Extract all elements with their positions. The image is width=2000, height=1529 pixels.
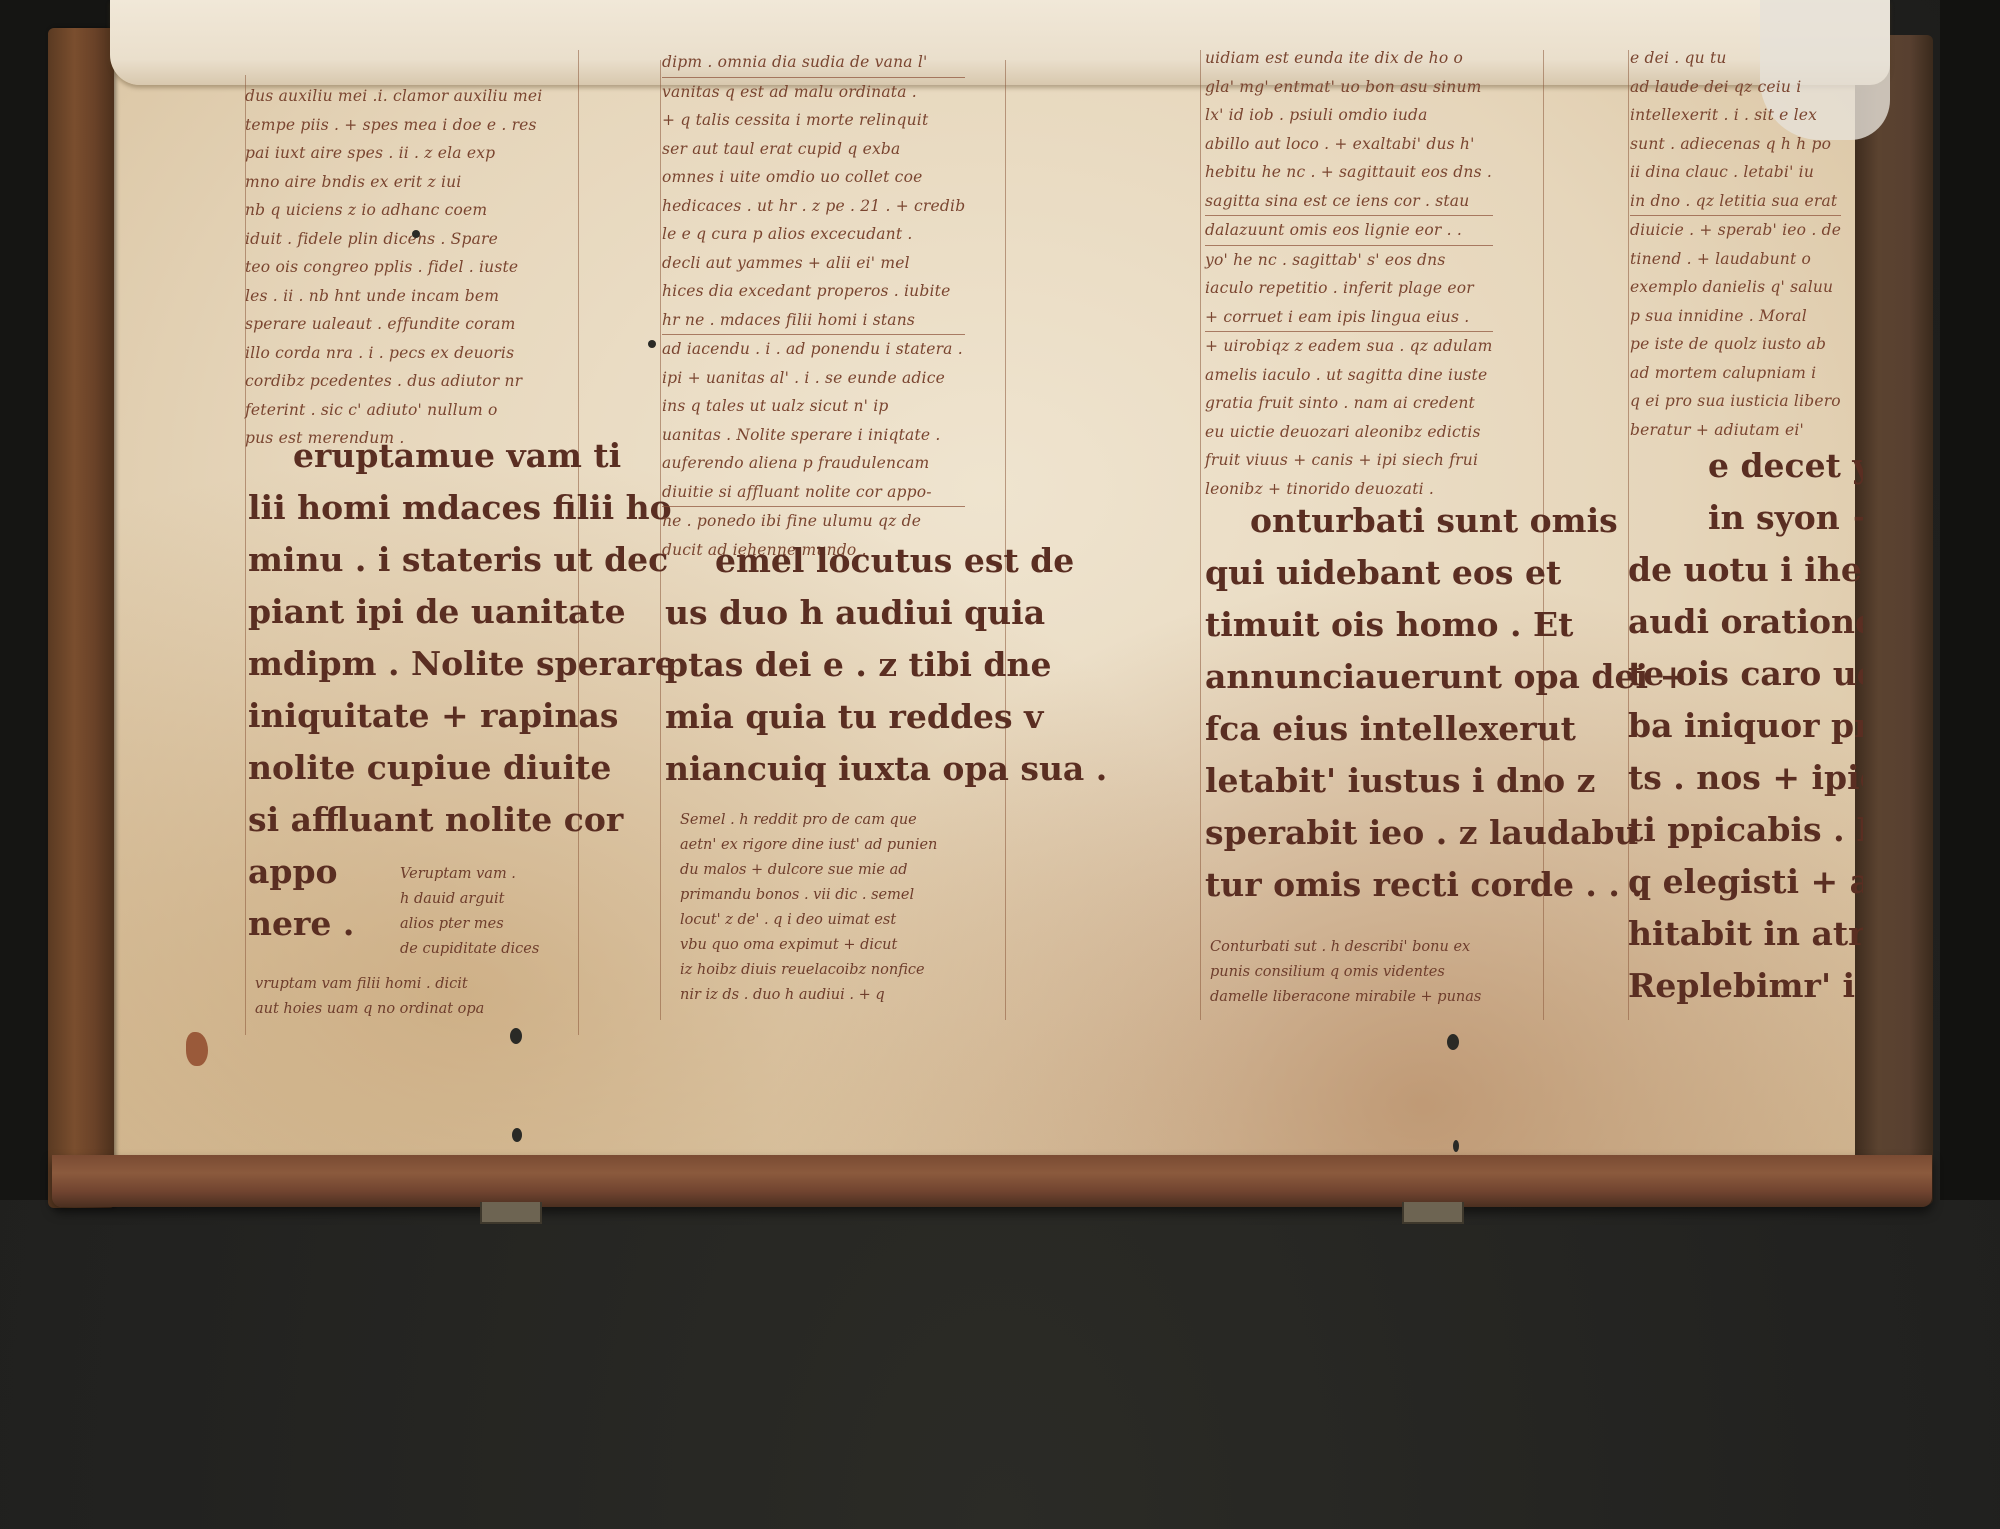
- gloss-line: tinend . + laudabunt o: [1630, 245, 1841, 274]
- column-3-commentary: Conturbati sut . h describi' bonu ex pun…: [1210, 935, 1481, 1010]
- text-line: timuit ois homo . Et: [1205, 599, 1687, 651]
- gloss-line: ii dina clauc . letabi' iu: [1630, 158, 1841, 187]
- gloss-line: les . ii . nb hnt unde incam bem: [245, 282, 542, 311]
- text-line: ts . nos + ipietr: [1628, 752, 1863, 804]
- gloss-line: ne . ponedo ibi fine ulumu qz de: [662, 507, 965, 536]
- gloss-line: teo ois congreo pplis . fidel . iuste: [245, 253, 542, 282]
- footnote-line: de cupiditate dices: [400, 937, 539, 962]
- clasp-left: [480, 1202, 542, 1224]
- gloss-line: q ei pro sua iusticia libero: [1630, 387, 1841, 416]
- right-shadow: [1940, 0, 2000, 1200]
- gloss-line: ser aut taul erat cupid q exba: [662, 135, 965, 164]
- folded-paper-flap: [110, 0, 1890, 85]
- nail-hole: [512, 1128, 522, 1142]
- gloss-line: iduit . fidele plin dicens . Spare: [245, 225, 542, 254]
- gloss-line: vanitas q est ad malu ordinata .: [662, 78, 965, 107]
- text-line: tur omis recti corde . . .: [1205, 859, 1687, 911]
- gloss-line: amelis iaculo . ut sagitta dine iuste: [1205, 361, 1493, 390]
- gloss-line: hedicaces . ut hr . z pe . 21 . + credib: [662, 192, 965, 221]
- text-line: lii homi mdaces filii ho: [248, 482, 676, 534]
- nail-hole: [510, 1028, 522, 1044]
- text-line: annunciauerunt opa dei +: [1205, 651, 1687, 703]
- gloss-line: exemplo danielis q' saluu: [1630, 273, 1841, 302]
- text-line: onturbati sunt omis: [1205, 495, 1687, 547]
- gloss-line: sagitta sina est ce iens cor . stau: [1205, 187, 1493, 217]
- gloss-line: uanitas . Nolite sperare i iniqtate .: [662, 421, 965, 450]
- gloss-line: le e q cura p alios excecudant .: [662, 220, 965, 249]
- gloss-line: mno aire bndis ex erit z iui: [245, 168, 542, 197]
- gloss-line: + corruet i eam ipis lingua eius .: [1205, 303, 1493, 333]
- commentary-line: Semel . h reddit pro de cam que: [680, 808, 937, 833]
- clasp-right: [1402, 1202, 1464, 1224]
- text-line: te ois caro uen: [1628, 648, 1863, 700]
- text-line: piant ipi de uanitate: [248, 586, 676, 638]
- gloss-line: + uirobiqz z eadem sua . qz adulam: [1205, 332, 1493, 361]
- column-3-gloss: uidiam est eunda ite dix de ho o gla' mg…: [1205, 44, 1493, 503]
- gloss-line: auferendo aliena p fraudulencam: [662, 449, 965, 478]
- text-line: ti ppicabis . B: [1628, 804, 1863, 856]
- text-line: niancuiq iuxta opa sua .: [665, 743, 1107, 795]
- gloss-line: dipm . omnia dia sudia de vana l': [662, 48, 965, 78]
- nail-hole: [648, 340, 656, 348]
- text-line: ptas dei e . z tibi dne: [665, 639, 1107, 691]
- text-line: emel locutus est de: [665, 535, 1107, 587]
- gloss-line: gratia fruit sinto . nam ai credent: [1205, 389, 1493, 418]
- gloss-line: gla' mg' entmat' uo bon asu sinum: [1205, 73, 1493, 102]
- gloss-line: tempe piis . + spes mea i doe e . res: [245, 111, 542, 140]
- leather-turn-in-right: [1855, 35, 1933, 1205]
- column-2-commentary: Semel . h reddit pro de cam que aetn' ex…: [680, 808, 937, 1008]
- gloss-line: eu uictie deuozari aleonibz edictis: [1205, 418, 1493, 447]
- text-line: mdipm . Nolite sperare: [248, 638, 676, 690]
- gloss-line: hr ne . mdaces filii homi i stans: [662, 306, 965, 336]
- text-line: audi orationem n: [1628, 596, 1863, 648]
- gloss-line: nb q uiciens z io adhanc coem: [245, 196, 542, 225]
- text-line: letabit' iustus i dno z: [1205, 755, 1687, 807]
- text-line: sperabit ieo . z laudabu: [1205, 807, 1687, 859]
- gloss-line: dalazuunt omis eos lignie eor . .: [1205, 216, 1493, 246]
- gloss-line: feterint . sic c' adiuto' nullum o: [245, 396, 542, 425]
- gloss-line: diuicie . + sperab' ieo . de: [1630, 216, 1841, 245]
- column-4-gloss: e dei . qu tu ad laude dei qz ceiu i int…: [1630, 44, 1841, 444]
- gloss-line: sperare ualeaut . effundite coram: [245, 310, 542, 339]
- gloss-line: + q talis cessita i morte relinquit: [662, 106, 965, 135]
- commentary-line: locut' z de' . q i deo uimat est: [680, 908, 937, 933]
- text-line: in syon +: [1628, 492, 1863, 544]
- text-line: de uotu i iherlm: [1628, 544, 1863, 596]
- commentary-line: iz hoibz diuis reuelacoibz nonfice: [680, 958, 937, 983]
- footnote-line: alios pter mes: [400, 912, 539, 937]
- commentary-line: nir iz ds . duo h audiui . + q: [680, 983, 937, 1008]
- text-line: fca eius intellexerut: [1205, 703, 1687, 755]
- gloss-line: iaculo repetitio . inferit plage eor: [1205, 274, 1493, 303]
- commentary-line: punis consilium q omis videntes: [1210, 960, 1481, 985]
- gloss-line: ipi + uanitas al' . i . se eunde adice: [662, 364, 965, 393]
- footnote-line: Veruptam vam .: [400, 862, 539, 887]
- leather-turn-in-bottom: [52, 1155, 1932, 1207]
- gloss-line: fruit viuus + canis + ipi siech frui: [1205, 446, 1493, 475]
- column-1-footnote: Veruptam vam . h dauid arguit alios pter…: [400, 862, 539, 962]
- text-line: qui uidebant eos et: [1205, 547, 1687, 599]
- text-line: nolite cupiue diuite: [248, 742, 676, 794]
- gloss-line: intellexerit . i . sit e lex: [1630, 101, 1841, 130]
- gloss-line: ad laude dei qz ceiu i: [1630, 73, 1841, 102]
- gloss-line: pe iste de quolz iusto ab: [1630, 330, 1841, 359]
- bottom-line: vruptam vam filii homi . dicit: [255, 972, 484, 997]
- gloss-line: abillo aut loco . + exaltabi' dus h': [1205, 130, 1493, 159]
- text-line: eruptamue vam ti: [248, 430, 676, 482]
- gloss-line: ad mortem calupniam i: [1630, 359, 1841, 388]
- column-4-psalm-text: e decet ym in syon + de uotu i iherlm au…: [1628, 440, 1863, 1012]
- gloss-line: e dei . qu tu: [1630, 44, 1841, 73]
- nail-hole: [412, 230, 420, 238]
- gloss-line: lx' id iob . psiuli omdio iuda: [1205, 101, 1493, 130]
- column-4-clip: e dei . qu tu ad laude dei qz ceiu i int…: [1628, 40, 1863, 1140]
- footnote-line: h dauid arguit: [400, 887, 539, 912]
- text-line: q elegisti + ass: [1628, 856, 1863, 908]
- gloss-line: hebitu he nc . + sagittauit eos dns .: [1205, 158, 1493, 187]
- text-line: ba iniquor pr: [1628, 700, 1863, 752]
- gloss-line: illo corda nra . i . pecs ex deuoris: [245, 339, 542, 368]
- text-line: iniquitate + rapinas: [248, 690, 676, 742]
- text-line: si affluant nolite cor: [248, 794, 676, 846]
- gloss-line: sunt . adiecenas q h h po: [1630, 130, 1841, 159]
- gloss-line: hices dia excedant properos . iubite: [662, 277, 965, 306]
- commentary-line: aetn' ex rigore dine iust' ad punien: [680, 833, 937, 858]
- gloss-line: p sua innidine . Moral: [1630, 302, 1841, 331]
- gloss-line: pai iuxt aire spes . ii . z ela exp: [245, 139, 542, 168]
- bottom-line: aut hoies uam q no ordinat opa: [255, 997, 484, 1022]
- gloss-line: diuitie si affluant nolite cor appo-: [662, 478, 965, 508]
- text-line: Replebimr' i bo: [1628, 960, 1863, 1012]
- text-line: us duo h audiui quia: [665, 587, 1107, 639]
- commentary-line: Conturbati sut . h describi' bonu ex: [1210, 935, 1481, 960]
- text-line: e decet ym: [1628, 440, 1863, 492]
- gloss-line: dus auxiliu mei .i. clamor auxiliu mei: [245, 82, 542, 111]
- text-line: minu . i stateris ut dec: [248, 534, 676, 586]
- gloss-line: in dno . qz letitia sua erat: [1630, 187, 1841, 217]
- gloss-line: yo' he nc . sagittab' s' eos dns: [1205, 246, 1493, 275]
- nail-hole: [1447, 1034, 1459, 1050]
- column-1-bottom-gloss: vruptam vam filii homi . dicit aut hoies…: [255, 972, 484, 1022]
- gloss-line: decli aut yammes + alii ei' mel: [662, 249, 965, 278]
- parchment-stain: [186, 1032, 208, 1066]
- column-2-psalm-text: emel locutus est de us duo h audiui quia…: [665, 535, 1107, 795]
- gloss-line: ins q tales ut ualz sicut n' ip: [662, 392, 965, 421]
- commentary-line: damelle liberacone mirabile + punas: [1210, 985, 1481, 1010]
- nail-hole: [1453, 1140, 1459, 1152]
- gloss-line: ad iacendu . i . ad ponendu i statera .: [662, 335, 965, 364]
- commentary-line: du malos + dulcore sue mie ad: [680, 858, 937, 883]
- ruling-line: [1200, 50, 1201, 1020]
- column-3-psalm-text: onturbati sunt omis qui uidebant eos et …: [1205, 495, 1687, 911]
- column-2-gloss: dipm . omnia dia sudia de vana l' vanita…: [662, 48, 965, 564]
- leather-turn-in-left: [48, 28, 114, 1208]
- gloss-line: omnes i uite omdio uo collet coe: [662, 163, 965, 192]
- commentary-line: vbu quo oma expimut + dicut: [680, 933, 937, 958]
- text-line: hitabit in atris: [1628, 908, 1863, 960]
- commentary-line: primandu bonos . vii dic . semel: [680, 883, 937, 908]
- gloss-line: uidiam est eunda ite dix de ho o: [1205, 44, 1493, 73]
- gloss-line: cordibz pcedentes . dus adiutor nr: [245, 367, 542, 396]
- column-1-gloss: dus auxiliu mei .i. clamor auxiliu mei t…: [245, 82, 542, 453]
- text-line: mia quia tu reddes v: [665, 691, 1107, 743]
